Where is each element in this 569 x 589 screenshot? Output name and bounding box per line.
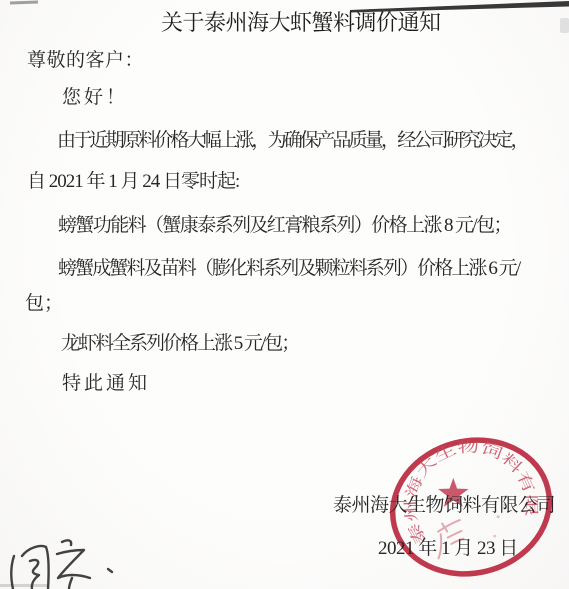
intro-line-1: 由于近期原料价格大幅上涨，为确保产品质量，经公司研究决定， bbox=[57, 131, 527, 150]
price-item-crayfish: 龙虾料全系列价格上涨 5 元/包； bbox=[61, 334, 298, 353]
handwriting-signature bbox=[2, 528, 132, 589]
scan-artifact-right-smudge bbox=[560, 18, 569, 33]
scanned-notice-page: 关于泰州海大虾蟹料调价通知 尊敬的客户： 您好！ 由于近期原料价格大幅上涨，为确… bbox=[0, 0, 569, 589]
handwriting-stroke bbox=[69, 578, 72, 589]
closing-line: 特此通知 bbox=[62, 374, 150, 393]
intro-line-2: 自 2021 年 1 月 24 日零时起: bbox=[27, 172, 239, 191]
notice-title: 关于泰州海大虾蟹料调价通知 bbox=[161, 12, 441, 34]
handwriting-stroke bbox=[62, 540, 71, 545]
scan-artifact-top-line bbox=[340, 0, 569, 14]
price-item-crab-functional: 螃蟹功能料（蟹康泰系列及红膏粮系列）价格上涨 8 元/包； bbox=[58, 216, 511, 235]
greeting-line: 您好！ bbox=[62, 88, 128, 107]
handwriting-stroke bbox=[11, 556, 14, 589]
company-name: 泰州海大生物饲料有限公司 bbox=[333, 496, 555, 515]
issue-date: 2021 年 1 月 23 日 bbox=[378, 539, 518, 558]
handwriting-stroke bbox=[57, 550, 90, 578]
handwriting-stroke bbox=[30, 560, 39, 589]
salutation-line: 尊敬的客户： bbox=[27, 51, 144, 70]
price-item-crab-grower: 螃蟹成蟹料及苗料（膨化料系列及颗粒料系列）价格上涨 6 元/ bbox=[58, 259, 519, 278]
handwriting-dot bbox=[108, 569, 112, 572]
price-item-crab-grower-cont: 包； bbox=[25, 294, 63, 313]
scan-artifact-top-left-smudge bbox=[10, 1, 38, 5]
